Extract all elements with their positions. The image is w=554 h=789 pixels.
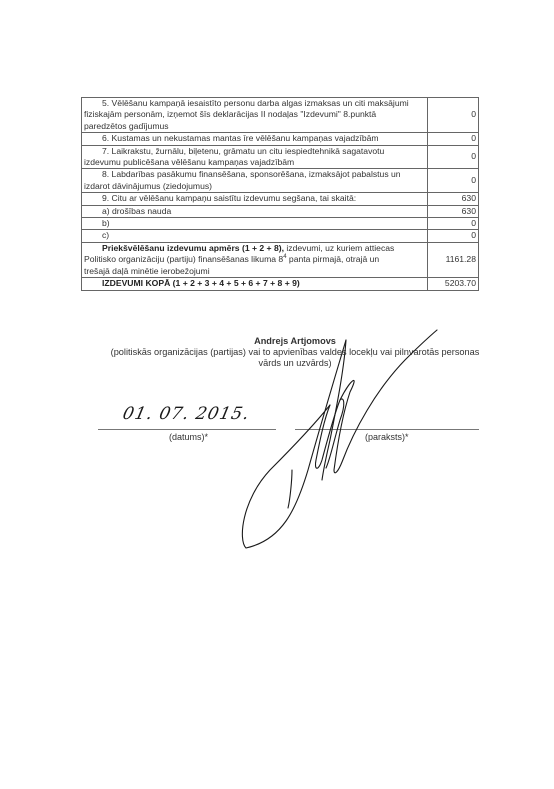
row-label: 8. Labdarības pasākumu finansēšana, spon… [82, 169, 428, 193]
pre-election-value: 1161.28 [427, 242, 478, 277]
date-line [98, 429, 276, 430]
handwritten-date: 01. 07. 2015. [121, 404, 252, 424]
row-label: 9. Citu ar vēlēšanu kampaņu saistītu izd… [82, 193, 428, 205]
table-row: 9. Citu ar vēlēšanu kampaņu saistītu izd… [82, 193, 479, 205]
declaration-page: 5. Vēlēšanu kampaņā iesaistīto personu d… [0, 0, 554, 789]
row-label: a) drošības nauda [82, 205, 428, 217]
row-label: 5. Vēlēšanu kampaņā iesaistīto personu d… [82, 98, 428, 133]
table-row: c)0 [82, 230, 479, 242]
row-value: 0 [427, 169, 478, 193]
table-row: 5. Vēlēšanu kampaņā iesaistīto personu d… [82, 98, 479, 133]
total-value: 5203.70 [427, 278, 478, 290]
table-row: 8. Labdarības pasākumu finansēšana, spon… [82, 169, 479, 193]
row-value: 630 [427, 205, 478, 217]
signer-role-line1: (politiskās organizācijas (partijas) vai… [18, 347, 554, 357]
signer-role-line2: vārds un uzvārds) [18, 358, 554, 368]
row-value: 0 [427, 145, 478, 169]
row-value: 0 [427, 218, 478, 230]
row-value: 0 [427, 98, 478, 133]
table-row: a) drošības nauda630 [82, 205, 479, 217]
total-label: IZDEVUMI KOPĀ (1 + 2 + 3 + 4 + 5 + 6 + 7… [82, 278, 428, 290]
table-row: b)0 [82, 218, 479, 230]
expenses-table: 5. Vēlēšanu kampaņā iesaistīto personu d… [81, 97, 479, 291]
signer-name: Andrejs Artjomovs [18, 336, 554, 346]
date-caption: (datums)* [169, 432, 208, 442]
row-value: 0 [427, 133, 478, 145]
table-row: 6. Kustamas un nekustamas mantas īre vēl… [82, 133, 479, 145]
row-value: 630 [427, 193, 478, 205]
pre-election-label: Priekšvēlēšanu izdevumu apmērs (1 + 2 + … [82, 242, 428, 277]
pre-election-row: Priekšvēlēšanu izdevumu apmērs (1 + 2 + … [82, 242, 479, 277]
signature-caption: (paraksts)* [365, 432, 409, 442]
row-label: c) [82, 230, 428, 242]
table-row: 7. Laikrakstu, žurnālu, biļetenu, grāmat… [82, 145, 479, 169]
signature-line [295, 429, 479, 430]
row-value: 0 [427, 230, 478, 242]
total-row: IZDEVUMI KOPĀ (1 + 2 + 3 + 4 + 5 + 6 + 7… [82, 278, 479, 290]
row-label: 7. Laikrakstu, žurnālu, biļetenu, grāmat… [82, 145, 428, 169]
row-label: 6. Kustamas un nekustamas mantas īre vēl… [82, 133, 428, 145]
row-label: b) [82, 218, 428, 230]
